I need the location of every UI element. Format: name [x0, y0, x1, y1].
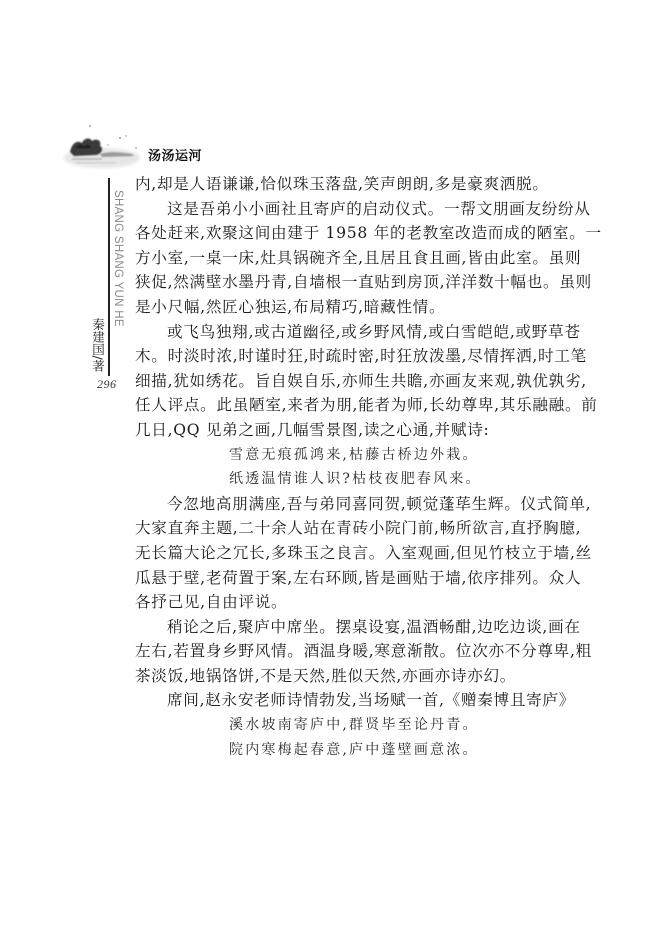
text-line: 木。时淡时浓,时谨时狂,时疏时密,时狂放泼墨,尽情挥洒,时工笔 [135, 344, 535, 369]
paragraph-start: 席间,赵永安老师诗情勃发,当场赋一首,《赠秦博且寄庐》 [135, 688, 535, 713]
text-line: 是小尺幅,然匠心独运,布局精巧,暗藏性情。 [135, 295, 535, 320]
text-line: 任人评点。此虽陋室,来者为朋,能者为师,长幼尊卑,其乐融融。前 [135, 393, 535, 418]
poem-line: 院内寒梅起春意,庐中蓬壁画意浓。 [135, 738, 535, 763]
running-title: 汤汤运河 [148, 145, 202, 164]
text-line: 瓜悬于壁,老荷置于案,左右环顾,皆是画贴于墙,依序排列。众人 [135, 566, 535, 591]
text-line: 茶淡饭,地锅饹饼,不是天然,胜似天然,亦画亦诗亦幻。 [135, 664, 535, 689]
text-line: 各抒己见,自由评说。 [135, 590, 535, 615]
margin-divider [108, 178, 110, 376]
text-line: 几日,QQ 见弟之画,几幅雪景图,读之心通,并赋诗: [135, 418, 535, 443]
text-line: 细描,犹如绣花。旨自娱自乐,亦师生共瞻,亦画友来观,孰优孰劣, [135, 369, 535, 394]
body-text: 内,却是人语谦谦,恰似珠玉落盘,笑声朗朗,多是豪爽洒脱。 这是吾弟小小画社且寄庐… [135, 172, 535, 762]
text-line: 方小室,一桌一床,灶具锅碗齐全,且居且食且画,皆由此室。虽则 [135, 246, 535, 271]
text-line: 无长篇大论之冗长,多珠玉之良言。入室观画,但见竹枝立于墙,丝 [135, 541, 535, 566]
paragraph-start: 今忽地高朋满座,吾与弟同喜同贺,顿觉蓬荜生辉。仪式简单, [135, 492, 535, 517]
poem-line: 雪意无痕孤鸿来,枯藤古桥边外栽。 [135, 443, 535, 468]
text-line: 左右,若置身乡野风情。酒温身暖,寒意渐散。位次亦不分尊卑,粗 [135, 639, 535, 664]
text-line: 各处赶来,欢聚这间由建于 1958 年的老教室改造而成的陋室。一 [135, 221, 535, 246]
paragraph-start: 这是吾弟小小画社且寄庐的启动仪式。一帮文朋画友纷纷从 [135, 197, 535, 222]
poem-line: 纸透温情谁人识?枯枝夜肥春风来。 [135, 467, 535, 492]
author-credit: 秦建国/著 [91, 318, 104, 372]
ink-landscape-icon [62, 118, 146, 170]
text-line: 狭促,然满壁水墨丹青,自墙根一直贴到房顶,洋洋数十幅也。虽则 [135, 270, 535, 295]
poem-line: 溪水坡南寄庐中,群贤毕至论丹青。 [135, 713, 535, 738]
text-line: 大家直奔主题,二十余人站在青砖小院门前,畅所欲言,直抒胸臆, [135, 516, 535, 541]
running-head-pinyin: SHANG SHANG YUN HE [112, 190, 124, 327]
page-number: 296 [97, 377, 117, 392]
text-line: 内,却是人语谦谦,恰似珠玉落盘,笑声朗朗,多是豪爽洒脱。 [135, 172, 535, 197]
paragraph-start: 稍论之后,聚庐中席坐。摆桌设宴,温酒畅酣,边吃边谈,画在 [135, 615, 535, 640]
paragraph-start: 或飞鸟独翔,或古道幽径,或乡野风情,或白雪皑皑,或野草苍 [135, 320, 535, 345]
